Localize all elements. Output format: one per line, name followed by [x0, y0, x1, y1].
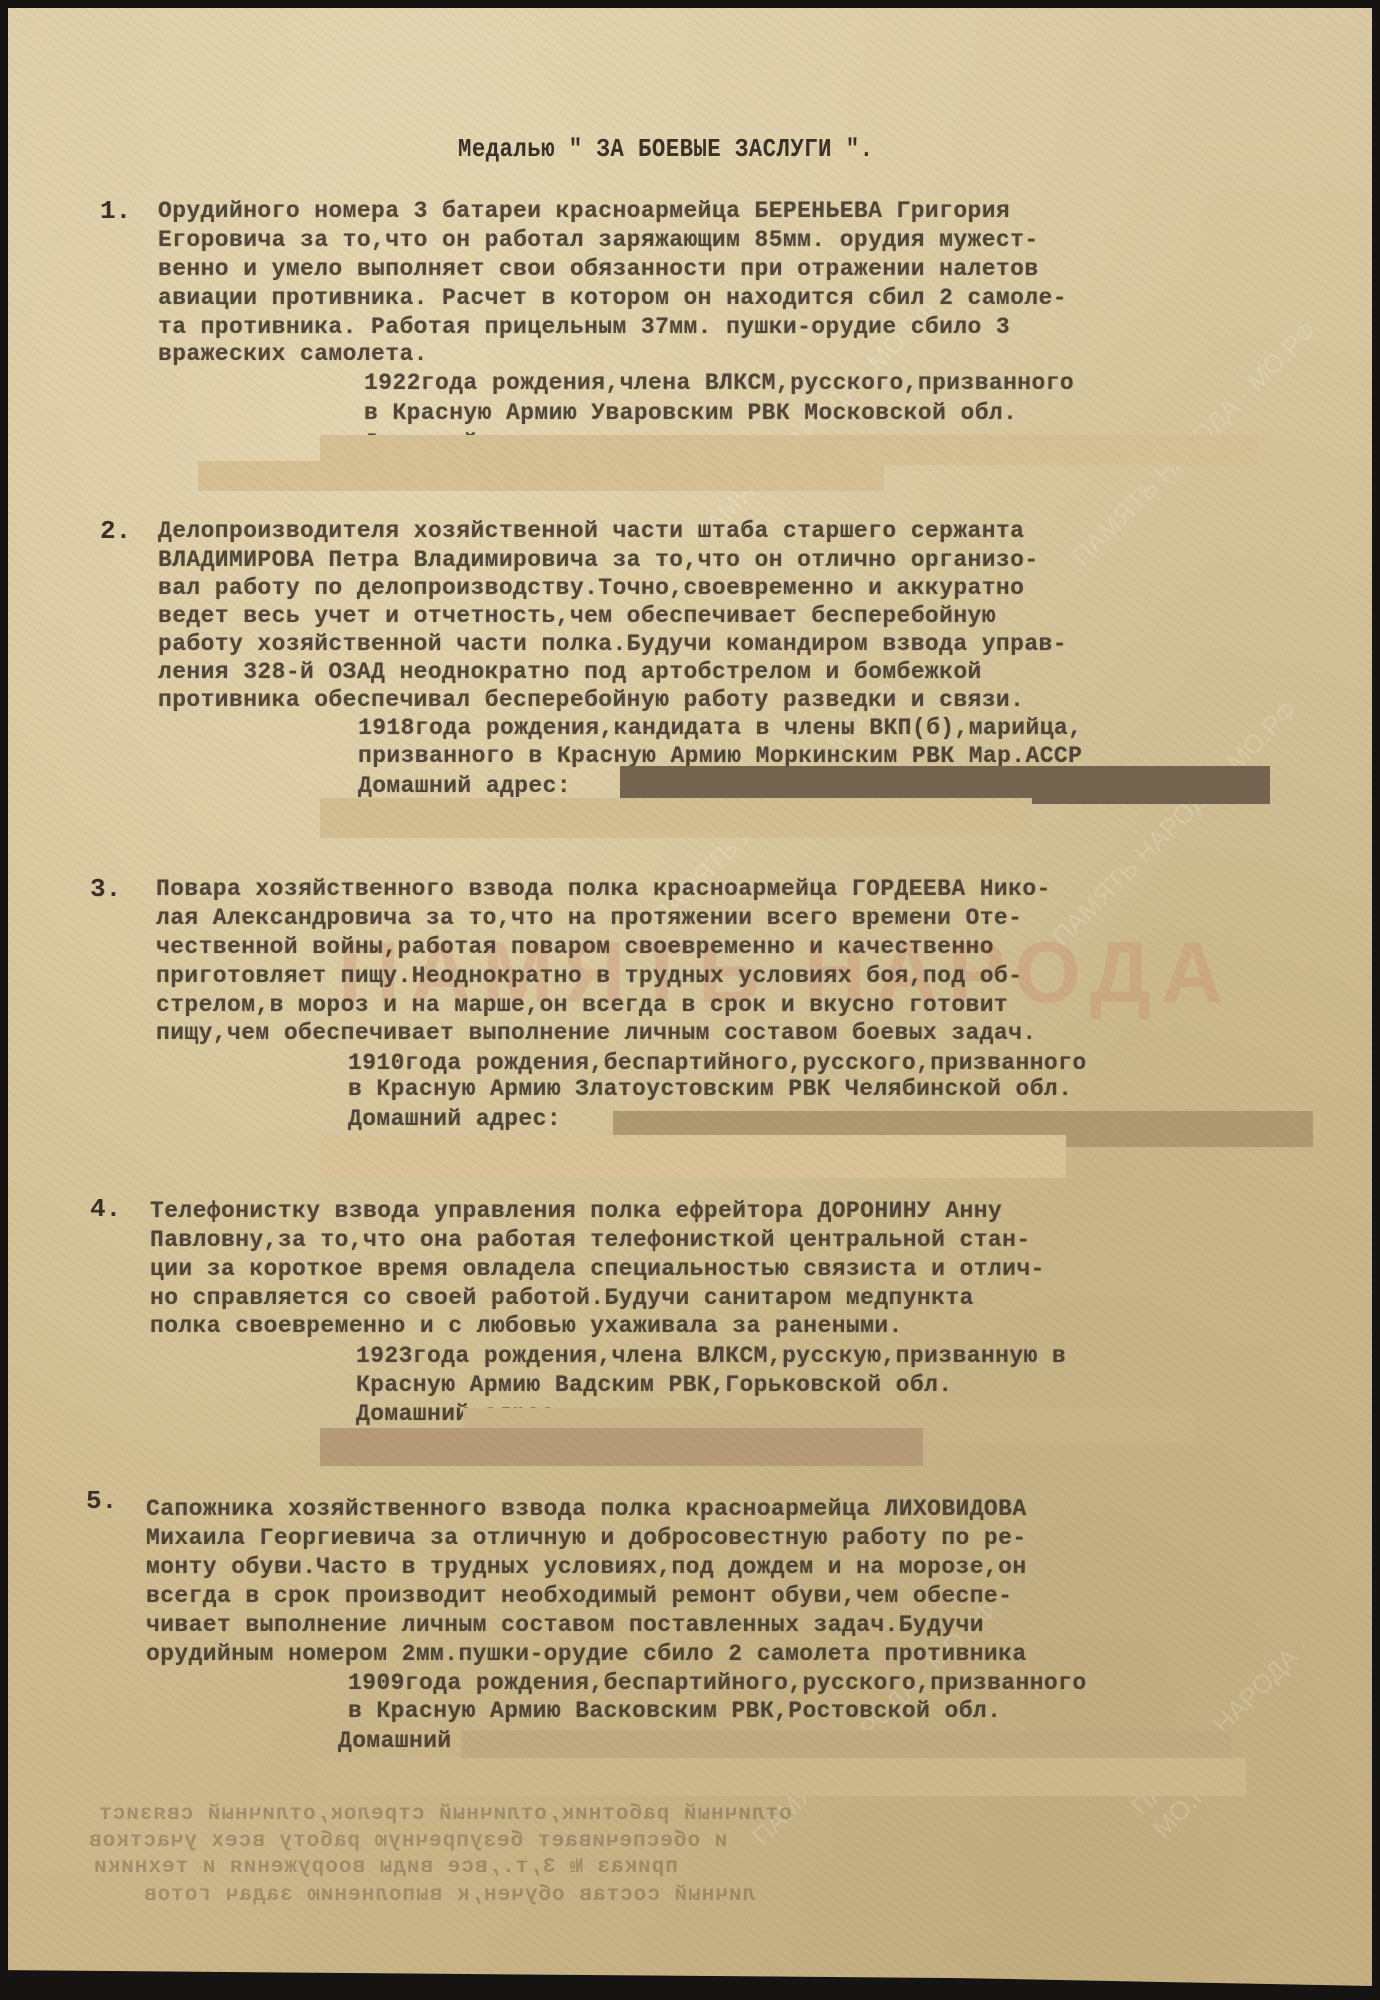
entry-text-line: Делопроизводителя хозяйственной части шт… [158, 518, 1024, 544]
entry-number: 3. [90, 874, 121, 904]
entry-text-line: работу хозяйственной части полка.Будучи … [158, 631, 1067, 657]
entry-bio-line: 1923года рождения,члена ВЛКСМ,русскую,пр… [356, 1343, 1066, 1369]
entry-bio-line: в Красную Армию Златоустовским РВК Челяб… [348, 1076, 1072, 1102]
entry-text-line: чественной войны,работая поваром своевре… [156, 934, 994, 960]
entry-text-line: та противника. Работая прицельным 37мм. … [158, 314, 1010, 340]
document-title: Медалью " ЗА БОЕВЫЕ ЗАСЛУГИ ". [458, 134, 873, 164]
entry-text-line: ции за короткое время овладела специальн… [150, 1256, 1045, 1282]
bleed-through-text: личный состав обучен,к выполнению задач … [143, 1884, 755, 1907]
entry-text-line: чивает выполнение личным составом постав… [146, 1612, 984, 1638]
bleed-through-text: приказ № 3,т.,все виды вооружения и техн… [93, 1856, 678, 1879]
watermark: ПАМЯТЬ НАРОДА · МО.РФ [1046, 695, 1303, 952]
entry-bio-line: 1922года рождения,члена ВЛКСМ,русского,п… [364, 370, 1074, 396]
entry-bio-line: 1909года рождения,беспартийного,русского… [348, 1670, 1087, 1696]
entry-text-line: противника обеспечивал бесперебойную раб… [158, 687, 1024, 713]
entry-text-line: Сапожника хозяйственного взвода полка кр… [146, 1496, 1027, 1522]
entry-number: 5. [86, 1486, 117, 1516]
entry-bio-line: 1910года рождения,беспартийного,русского… [348, 1050, 1087, 1076]
entry-text-line: приготовляет пищу.Неоднократно в трудных… [156, 963, 1022, 989]
entry-text-line: Повара хозяйственного взвода полка красн… [156, 876, 1051, 902]
redacted-address [316, 1758, 1246, 1796]
entry-bio-line: Красную Армию Вадским РВК,Горьковской об… [356, 1372, 953, 1398]
entry-bio-line: 1918года рождения,кандидата в члены ВКП(… [358, 715, 1082, 741]
bleed-through-text: и обеспечивает безупречную работу всех у… [88, 1830, 727, 1853]
entry-bio-line: Домашний адрес: [348, 1106, 561, 1132]
entry-text-line: Орудийного номера 3 батареи красноармейц… [158, 198, 1010, 224]
redacted-address [198, 461, 884, 491]
entry-text-line: полка своевременно и с любовью ухаживала… [150, 1313, 903, 1339]
entry-text-line: авиации противника. Расчет в котором он … [158, 285, 1067, 311]
entry-bio-line: Домашний адрес: [358, 773, 571, 799]
entry-number: 1. [100, 196, 131, 226]
watermark: ПАМЯТЬ НАРОДА · МО.РФ [1125, 1614, 1356, 1845]
entry-bio-line: в Красную Армию Васковским РВК,Ростовско… [348, 1698, 1001, 1724]
redacted-address [320, 1135, 1066, 1178]
redacted-address [461, 1730, 1231, 1758]
entry-text-line: вал работу по делопроизводству.Точно,сво… [158, 575, 1024, 601]
bleed-through-text: отличный работник,отличный стрелок,отлич… [98, 1803, 792, 1826]
entry-text-line: Егоровича за то,что он работал заряжающи… [158, 227, 1039, 253]
redacted-address [320, 1428, 923, 1466]
entry-text-line: вражеских самолета. [158, 341, 428, 367]
entry-text-line: орудийным номером 2мм.пушки-орудие сбило… [146, 1641, 1027, 1667]
entry-text-line: Павловну,за то,что она работая телефонис… [150, 1227, 1031, 1253]
entry-number: 2. [100, 516, 131, 546]
entry-text-line: но справляется со своей работой.Будучи с… [150, 1285, 974, 1311]
entry-text-line: Михаила Георгиевича за отличную и доброс… [146, 1525, 1027, 1551]
entry-text-line: стрелом,в мороз и на марше,он всегда в с… [156, 992, 1008, 1018]
entry-text-line: ВЛАДИМИРОВА Петра Владимировича за то,чт… [158, 547, 1039, 573]
entry-text-line: пищу,чем обеспечивает выполнение личным … [156, 1020, 1037, 1046]
entry-text-line: ведет весь учет и отчетность,чем обеспеч… [158, 603, 996, 629]
entry-bio-line: в Красную Армию Уваровским РВК Московско… [364, 400, 1017, 426]
entry-text-line: монту обуви.Часто в трудных условиях,под… [146, 1554, 1027, 1580]
document-page: ПАМЯТЬ НАРОДА ПАМЯТЬ НАРОДА · МО.РФ ПАМЯ… [8, 8, 1372, 1986]
entry-text-line: венно и умело выполняет свои обязанности… [158, 256, 1039, 282]
entry-text-line: всегда в срок производит необходимый рем… [146, 1583, 1012, 1609]
entry-text-line: Телефонистку взвода управления полка ефр… [150, 1198, 1002, 1224]
redacted-address [320, 798, 1032, 838]
entry-number: 4. [90, 1194, 121, 1224]
entry-text-line: лая Александровича за то,что на протяжен… [156, 905, 1022, 931]
entry-text-line: ления 328-й ОЗАД неоднократно под артобс… [158, 659, 982, 685]
